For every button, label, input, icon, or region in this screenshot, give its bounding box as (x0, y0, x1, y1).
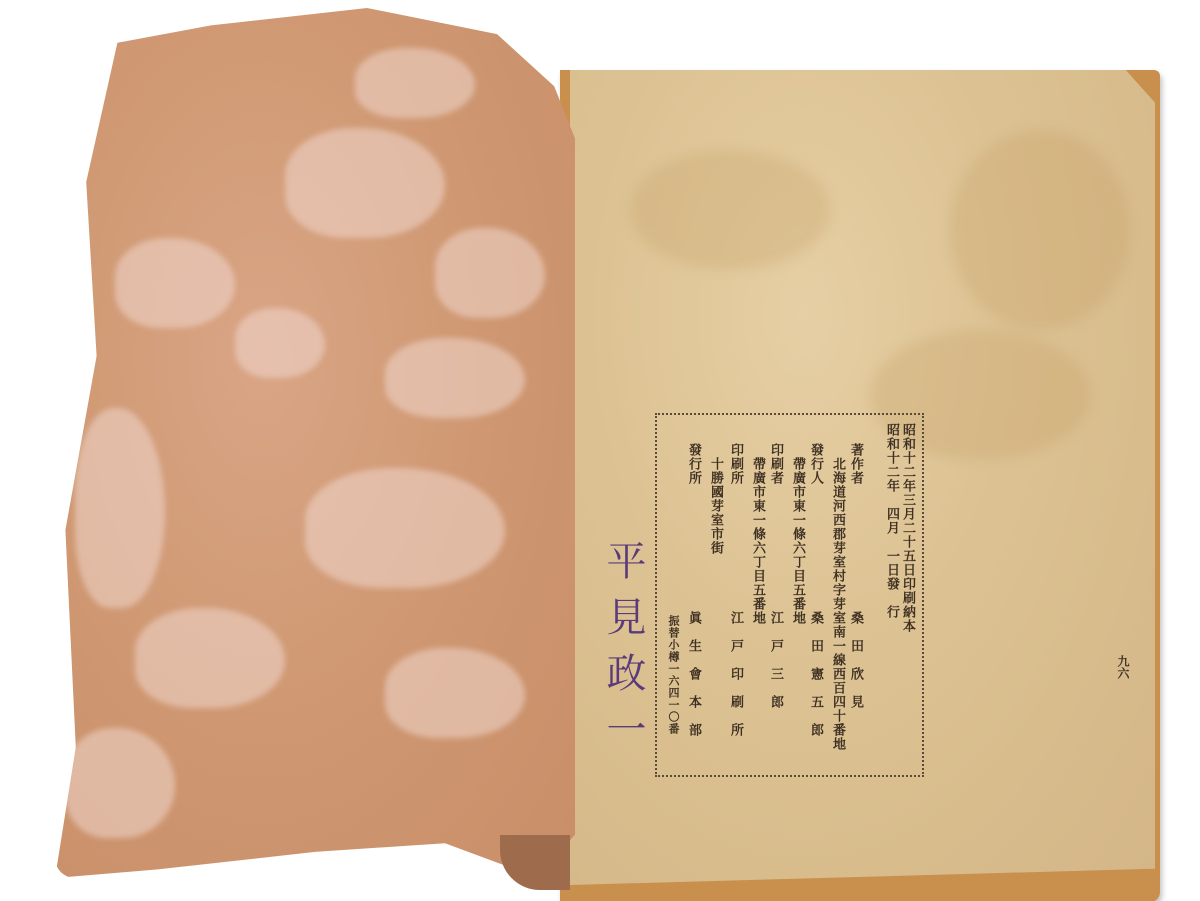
colophon-publisher-address: 帶廣市東一條六丁目五番地 (790, 457, 804, 625)
paper-blot (355, 48, 475, 118)
colophon-postal-transfer: 振替小樽一六四一〇番 (666, 615, 680, 735)
colophon-issuer: 發行所 眞 生 會 本 部 (686, 443, 700, 737)
paper-stain (630, 150, 830, 270)
page-number: 九六 (1115, 655, 1132, 679)
colophon-author-address: 北海道河西郡芽室村字芽室南一線西百四十番地 (830, 457, 844, 751)
paper-blot (235, 308, 325, 378)
paper-blot (285, 128, 445, 238)
colophon-printer-address: 帶廣市東一條六丁目五番地 (750, 457, 764, 625)
paper-blot (115, 238, 235, 328)
colophon-printing-house: 印刷所 江 戸 印 刷 所 (728, 443, 742, 737)
paper-blot (135, 608, 285, 708)
paper-blot (385, 648, 525, 738)
colophon-issuer-location: 十勝國芽室市街 (708, 457, 722, 555)
owner-name-stamp: 平見政一 (595, 540, 652, 764)
paper-blot (385, 338, 525, 418)
colophon-print-date: 昭和十二年三月二十五日印刷納本 (900, 423, 914, 633)
paper-blot (435, 228, 545, 318)
paper-blot (65, 728, 175, 838)
page-curl-underside (500, 835, 570, 890)
colophon-box: 昭和十二年三月二十五日印刷納本 昭和十二年 四月 一日發 行 著作者 桑 田 欣… (655, 413, 924, 777)
paper-stain (950, 130, 1130, 330)
paper-blot (75, 408, 165, 608)
colophon-author: 著作者 桑 田 欣 見 (848, 443, 862, 709)
left-page-curled (55, 8, 575, 878)
colophon-publisher: 發行人 桑 田 憲 五 郎 (808, 443, 822, 737)
book-photo: 平見政一 昭和十二年三月二十五日印刷納本 昭和十二年 四月 一日發 行 著作者 … (0, 0, 1200, 901)
colophon-printer: 印刷者 江 戸 三 郎 (768, 443, 782, 709)
paper-blot (305, 468, 505, 588)
colophon-publish-date: 昭和十二年 四月 一日發 行 (884, 423, 898, 619)
